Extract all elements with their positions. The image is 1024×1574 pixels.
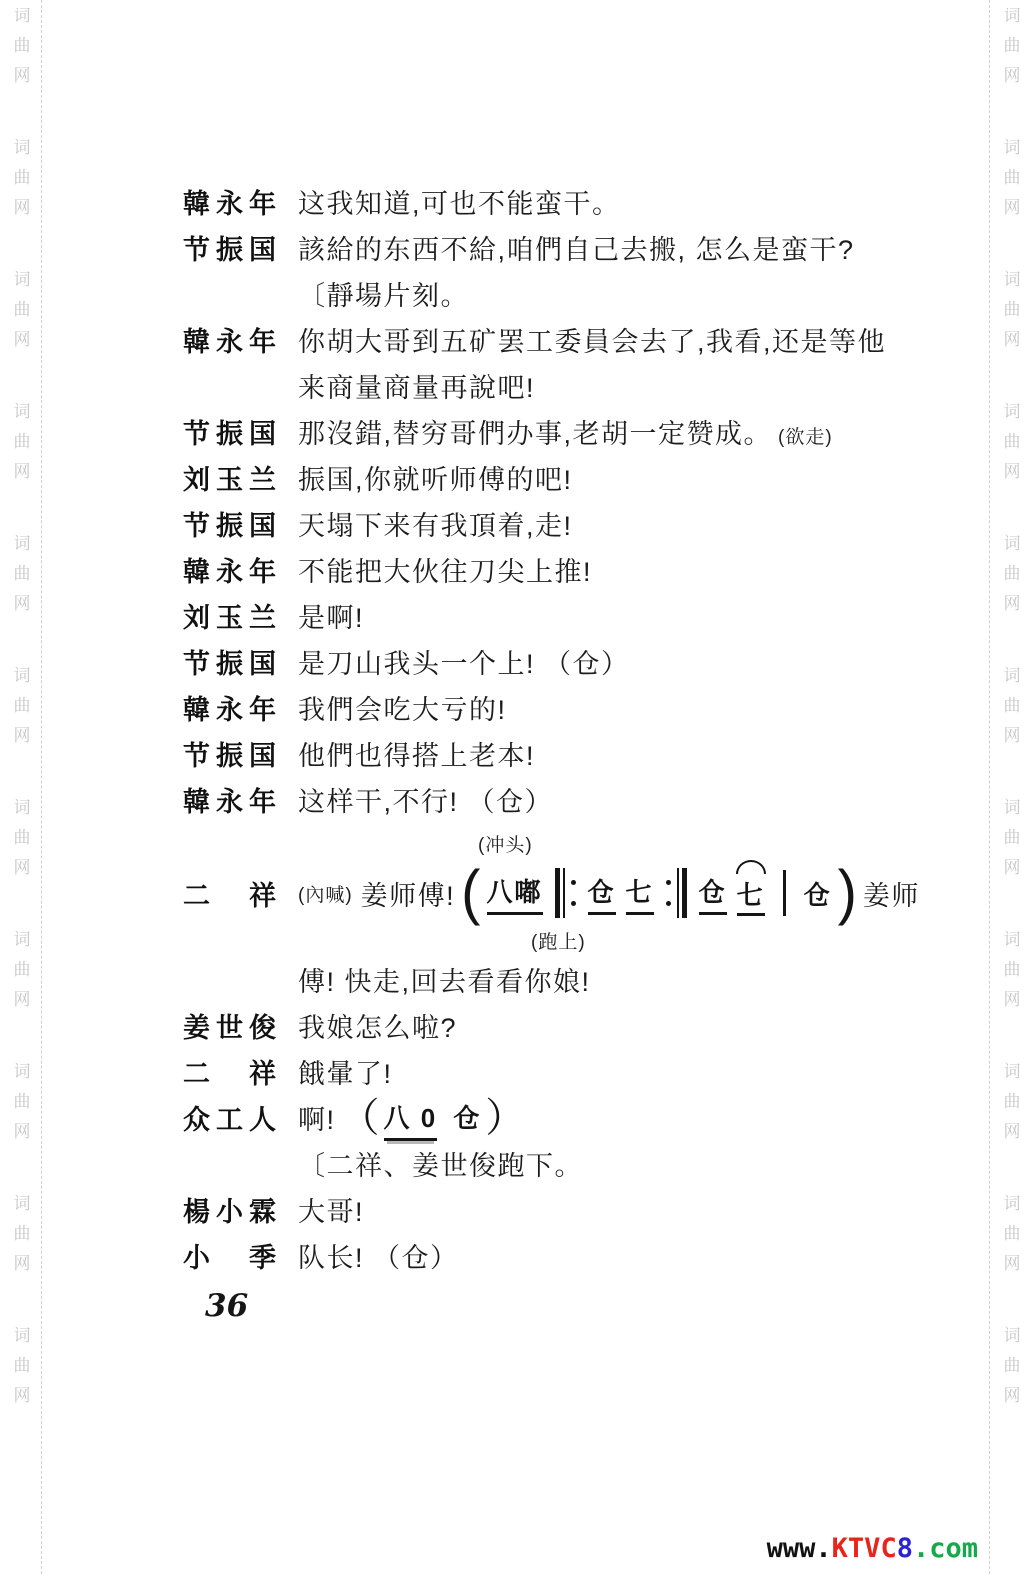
speaker-name: 刘玉兰 bbox=[183, 458, 276, 497]
speaker-name: 节振国 bbox=[183, 504, 276, 543]
script-line: 韓永年 这我知道,可也不能蛮干。 bbox=[183, 182, 1004, 228]
speaker-name: 韓永年 bbox=[183, 780, 276, 819]
notation-close-paren: ) bbox=[838, 863, 857, 924]
page-number: 36 bbox=[205, 1288, 248, 1324]
speaker-name: 二祥 bbox=[183, 1052, 276, 1091]
speaker-name: 韓永年 bbox=[183, 182, 276, 221]
left-dashed-line bbox=[41, 0, 42, 1574]
speaker-name: 韓永年 bbox=[183, 550, 276, 589]
note-cang: 仓 bbox=[453, 1098, 481, 1135]
note-qi-2: 七 bbox=[737, 880, 765, 916]
site-watermark-www: www. bbox=[767, 1533, 832, 1564]
script-line: 楊小霖 大哥! bbox=[183, 1190, 1004, 1236]
speaker-name: 节振国 bbox=[183, 642, 276, 681]
script-line-with-notation: 众工人 啊! （ 八 0 仓 ） bbox=[183, 1098, 1004, 1144]
speaker-name: 姜世俊 bbox=[183, 1006, 276, 1045]
note-badu: 八嘟 bbox=[487, 872, 543, 915]
speaker-name: 刘玉兰 bbox=[183, 596, 276, 635]
script-line: 韓永年 不能把大伙往刀尖上推! bbox=[183, 550, 1004, 596]
dialogue-text: 他們也得搭上老本! bbox=[298, 734, 535, 773]
dialogue-text: 天塌下来有我頂着,走! bbox=[298, 504, 573, 543]
script-line: 韓永年 这样干,不行! （仓） bbox=[183, 780, 1004, 826]
tie-arc bbox=[736, 860, 766, 874]
dialogue-text: 你胡大哥到五矿罢工委員会去了,我看,还是等他 bbox=[298, 320, 886, 359]
note-qi-2-tied: 七 bbox=[737, 875, 765, 912]
speaker-name: 小季 bbox=[183, 1236, 276, 1275]
annotation-below: (跑上) bbox=[531, 927, 586, 954]
annotation-above: (冲头) bbox=[478, 830, 533, 857]
dialogue-text: 来商量商量再說吧! bbox=[298, 366, 535, 405]
dialogue-text: 我們会吃大亏的! bbox=[298, 688, 507, 727]
dialogue-text: 姜师傅! bbox=[361, 874, 456, 913]
notation-open-paren: ( bbox=[461, 863, 480, 924]
notation-close-paren: ） bbox=[485, 1098, 525, 1138]
script-line: 刘玉兰 是啊! bbox=[183, 596, 1004, 642]
script-line: 节振国 天塌下来有我頂着,走! bbox=[183, 504, 1004, 550]
script-line: 节振国 那沒錯,替穷哥們办事,老胡一定赞成。 (欲走) bbox=[183, 412, 1004, 458]
dialogue-text: 是刀山我头一个上! （仓） bbox=[298, 642, 630, 681]
stage-direction-inline: (欲走) bbox=[778, 422, 833, 449]
site-watermark-com: .com bbox=[913, 1533, 978, 1564]
script-line-continuation: 傅! 快走,回去看看你娘! bbox=[183, 960, 1004, 1006]
site-watermark: www.KTVC8.com bbox=[767, 1533, 978, 1564]
notation-line: (冲头) (跑上) 二祥 (內喊) 姜师傅! ( 八嘟 仓 七 仓 七 仓 ) … bbox=[183, 826, 1004, 960]
speaker-name: 节振国 bbox=[183, 412, 276, 451]
site-watermark-ktvc: KTVC bbox=[832, 1533, 897, 1564]
dialogue-text: 餓暈了! bbox=[298, 1052, 393, 1091]
dialogue-text: 大哥! bbox=[298, 1190, 364, 1229]
note-cang-1: 仓 bbox=[588, 872, 616, 915]
dialogue-text: 該給的东西不給,咱們自己去搬, 怎么是蛮干? bbox=[298, 228, 855, 267]
script-line: 节振国 該給的东西不給,咱們自己去搬, 怎么是蛮干? bbox=[183, 228, 1004, 274]
script-body: 韓永年 这我知道,可也不能蛮干。 节振国 該給的东西不給,咱們自己去搬, 怎么是… bbox=[183, 182, 1004, 1324]
dialogue-text: 啊! bbox=[298, 1098, 336, 1137]
dialogue-text: 不能把大伙往刀尖上推! bbox=[298, 550, 592, 589]
repeat-open-sign bbox=[555, 868, 576, 918]
dialogue-text: 傅! 快走,回去看看你娘! bbox=[298, 960, 591, 999]
speaker-name: 楊小霖 bbox=[183, 1190, 276, 1229]
note-cang-3: 仓 bbox=[804, 875, 832, 912]
page-footer: 36 bbox=[183, 1288, 1004, 1324]
notation-tail-text: 姜师 bbox=[863, 874, 920, 913]
speaker-name: 节振国 bbox=[183, 734, 276, 773]
speaker-name: 节振国 bbox=[183, 228, 276, 267]
script-line: 小季 队长! （仓） bbox=[183, 1236, 1004, 1282]
note-ba-zero: 八 0 bbox=[384, 1098, 438, 1141]
dialogue-text: 这我知道,可也不能蛮干。 bbox=[298, 182, 621, 221]
dialogue-text: 队长! （仓） bbox=[298, 1236, 459, 1275]
speaker-name: 众工人 bbox=[183, 1098, 276, 1137]
script-line: 韓永年 我們会吃大亏的! bbox=[183, 688, 1004, 734]
speaker-name: 韓永年 bbox=[183, 688, 276, 727]
note-cang-2: 仓 bbox=[699, 872, 727, 915]
stage-direction-line: 〔靜場片刻。 bbox=[183, 274, 1004, 320]
stage-direction: 〔靜場片刻。 bbox=[298, 274, 469, 313]
note-qi-1: 七 bbox=[626, 872, 654, 915]
dialogue-text: 那沒錯,替穷哥們办事,老胡一定赞成。 bbox=[298, 412, 772, 451]
dialogue-text: 是啊! bbox=[298, 596, 364, 635]
script-line: 姜世俊 我娘怎么啦? bbox=[183, 1006, 1004, 1052]
script-line: 韓永年 你胡大哥到五矿罢工委員会去了,我看,还是等他 bbox=[183, 320, 1004, 366]
speaker-name: 韓永年 bbox=[183, 320, 276, 359]
dialogue-text: 振国,你就听师傅的吧! bbox=[298, 458, 573, 497]
repeat-close-sign bbox=[666, 868, 687, 918]
barline bbox=[783, 870, 786, 916]
script-line: 二祥 餓暈了! bbox=[183, 1052, 1004, 1098]
script-line: 节振国 是刀山我头一个上! （仓） bbox=[183, 642, 1004, 688]
script-line-continuation: 来商量商量再說吧! bbox=[183, 366, 1004, 412]
notation-open-paren: （ bbox=[340, 1098, 380, 1138]
scanned-page: 词曲网词曲网词曲网词曲网词曲网词曲网词曲网词曲网词曲网词曲网词曲网 词曲网词曲网… bbox=[0, 0, 1024, 1574]
speaker-name: 二祥 bbox=[183, 874, 276, 913]
left-watermark-column: 词曲网词曲网词曲网词曲网词曲网词曲网词曲网词曲网词曲网词曲网词曲网 bbox=[7, 8, 37, 1574]
dialogue-text: 这样干,不行! （仓） bbox=[298, 780, 553, 819]
script-line: 节振国 他們也得搭上老本! bbox=[183, 734, 1004, 780]
script-line: 刘玉兰 振国,你就听师傅的吧! bbox=[183, 458, 1004, 504]
stage-direction: 〔二祥、姜世俊跑下。 bbox=[298, 1144, 583, 1183]
stage-direction-line: 〔二祥、姜世俊跑下。 bbox=[183, 1144, 1004, 1190]
dialogue-text: 我娘怎么啦? bbox=[298, 1006, 457, 1045]
site-watermark-8: 8 bbox=[897, 1533, 913, 1564]
stage-direction-inline: (內喊) bbox=[298, 880, 353, 907]
